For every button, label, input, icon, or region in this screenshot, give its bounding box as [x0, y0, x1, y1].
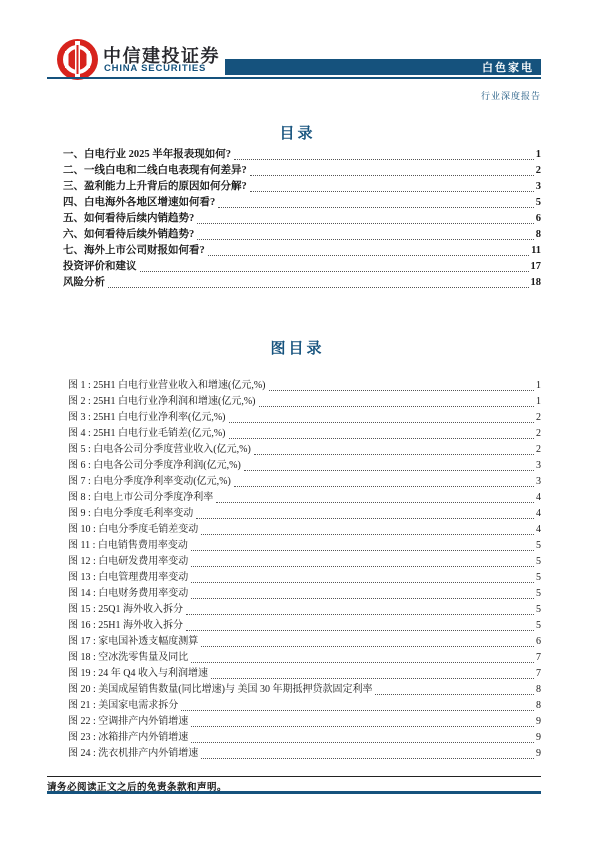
dot-leader: [108, 286, 529, 288]
figure-entry-page: 5: [536, 619, 541, 633]
toc-entry[interactable]: 四、白电海外各地区增速如何看? 5: [63, 194, 541, 210]
figure-entry-label: 图 17 : 家电国补透支幅度测算: [68, 635, 198, 649]
dot-leader: [234, 485, 534, 487]
figure-entry[interactable]: 图 15 : 25Q1 海外收入拆分 5: [68, 601, 541, 617]
figure-entry-label: 图 15 : 25Q1 海外收入拆分: [68, 603, 183, 617]
figure-entry-label: 图 11 : 白电销售费用率变动: [68, 539, 188, 553]
figure-entry[interactable]: 图 16 : 25H1 海外收入拆分 5: [68, 617, 541, 633]
figure-entry-page: 9: [536, 715, 541, 729]
figure-entry-label: 图 24 : 洗衣机排产内外销增速: [68, 747, 198, 761]
dot-leader: [191, 581, 534, 583]
toc-entry-label: 三、盈利能力上升背后的原因如何分解?: [63, 180, 247, 194]
figure-entry-label: 图 1 : 25H1 白电行业营业收入和增速(亿元,%): [68, 379, 266, 393]
figure-entry[interactable]: 图 19 : 24 年 Q4 收入与利润增速 7: [68, 665, 541, 681]
dot-leader: [375, 693, 534, 695]
toc-entry-label: 五、如何看待后续内销趋势?: [63, 212, 194, 226]
toc-entry-label: 四、白电海外各地区增速如何看?: [63, 196, 215, 210]
figure-entry[interactable]: 图 8 : 白电上市公司分季度净利率 4: [68, 489, 541, 505]
figure-entry-label: 图 8 : 白电上市公司分季度净利率: [68, 491, 213, 505]
figure-entry-label: 图 6 : 白电各公司分季度净利润(亿元,%): [68, 459, 241, 473]
toc-entry[interactable]: 六、如何看待后续外销趋势? 8: [63, 226, 541, 242]
dot-leader: [244, 469, 534, 471]
toc-entry[interactable]: 投资评价和建议 17: [63, 258, 541, 274]
figure-entry-page: 1: [536, 379, 541, 393]
figure-entry-page: 5: [536, 603, 541, 617]
figure-entry-page: 3: [536, 475, 541, 489]
brand-logo-icon: [57, 39, 98, 80]
dot-leader: [186, 629, 534, 631]
figure-entry[interactable]: 图 2 : 25H1 白电行业净利润和增速(亿元,%) 1: [68, 393, 541, 409]
figure-entry-page: 5: [536, 587, 541, 601]
figure-entry-page: 2: [536, 443, 541, 457]
figure-list-title: 图目录: [0, 337, 595, 358]
figure-entry[interactable]: 图 23 : 冰箱排产内外销增速 9: [68, 729, 541, 745]
toc-entry[interactable]: 二、一线白电和二线白电表现有何差异? 2: [63, 162, 541, 178]
category-badge: 白色家电: [225, 59, 541, 75]
footer-top-divider: [47, 776, 541, 777]
dot-leader: [201, 645, 534, 647]
header-divider: [47, 77, 541, 79]
toc-entry-page: 8: [536, 228, 541, 242]
figure-entry[interactable]: 图 3 : 25H1 白电行业净利率(亿元,%) 2: [68, 409, 541, 425]
dot-leader: [201, 757, 534, 759]
dot-leader: [250, 190, 534, 192]
figure-entry-label: 图 2 : 25H1 白电行业净利润和增速(亿元,%): [68, 395, 256, 409]
toc-entry[interactable]: 五、如何看待后续内销趋势? 6: [63, 210, 541, 226]
toc-entry-page: 2: [536, 164, 541, 178]
dot-leader: [181, 709, 534, 711]
figure-entry-page: 5: [536, 571, 541, 585]
figure-entry[interactable]: 图 4 : 25H1 白电行业毛销差(亿元,%) 2: [68, 425, 541, 441]
figure-entry-page: 2: [536, 411, 541, 425]
figure-entry-label: 图 12 : 白电研发费用率变动: [68, 555, 188, 569]
figure-entry-label: 图 16 : 25H1 海外收入拆分: [68, 619, 183, 633]
dot-leader: [269, 389, 535, 391]
toc-entry[interactable]: 一、白电行业 2025 半年报表现如何? 1: [63, 146, 541, 162]
figure-entry[interactable]: 图 14 : 白电财务费用率变动 5: [68, 585, 541, 601]
figure-entry-page: 4: [536, 491, 541, 505]
dot-leader: [250, 174, 534, 176]
figure-entry-page: 2: [536, 427, 541, 441]
figure-entry-page: 4: [536, 507, 541, 521]
figure-list: 图 1 : 25H1 白电行业营业收入和增速(亿元,%) 1 图 2 : 25H…: [68, 377, 541, 761]
toc-entry-page: 18: [531, 276, 542, 290]
figure-entry-page: 6: [536, 635, 541, 649]
dot-leader: [211, 677, 534, 679]
figure-entry-page: 1: [536, 395, 541, 409]
toc-entry[interactable]: 风险分析 18: [63, 274, 541, 290]
figure-entry-page: 4: [536, 523, 541, 537]
dot-leader: [191, 661, 534, 663]
toc-entry[interactable]: 七、海外上市公司财报如何看? 11: [63, 242, 541, 258]
figure-entry-label: 图 18 : 空冰洗零售量及同比: [68, 651, 188, 665]
figure-entry-label: 图 23 : 冰箱排产内外销增速: [68, 731, 188, 745]
figure-entry-label: 图 14 : 白电财务费用率变动: [68, 587, 188, 601]
dot-leader: [191, 597, 534, 599]
dot-leader: [218, 206, 534, 208]
dot-leader: [229, 421, 535, 423]
figure-entry-page: 5: [536, 539, 541, 553]
brand-name-en: CHINA SECURITIES: [104, 63, 206, 74]
dot-leader: [208, 254, 529, 256]
dot-leader: [140, 270, 529, 272]
toc-entry-label: 七、海外上市公司财报如何看?: [63, 244, 205, 258]
dot-leader: [229, 437, 535, 439]
figure-entry-page: 8: [536, 683, 541, 697]
toc-title: 目录: [0, 122, 595, 143]
figure-entry[interactable]: 图 1 : 25H1 白电行业营业收入和增速(亿元,%) 1: [68, 377, 541, 393]
figure-entry-label: 图 3 : 25H1 白电行业净利率(亿元,%): [68, 411, 226, 425]
dot-leader: [191, 741, 534, 743]
figure-entry[interactable]: 图 21 : 美国家电需求拆分 8: [68, 697, 541, 713]
dot-leader: [201, 533, 534, 535]
figure-entry-label: 图 22 : 空调排产内外销增速: [68, 715, 188, 729]
figure-entry-label: 图 20 : 美国成屋销售数量(同比增速)与 美国 30 年期抵押贷款固定利率: [68, 683, 372, 697]
toc-entry-label: 六、如何看待后续外销趋势?: [63, 228, 194, 242]
dot-leader: [234, 158, 534, 160]
toc-entry-page: 11: [531, 244, 541, 258]
figure-entry-label: 图 4 : 25H1 白电行业毛销差(亿元,%): [68, 427, 226, 441]
figure-entry-page: 3: [536, 459, 541, 473]
figure-entry-label: 图 19 : 24 年 Q4 收入与利润增速: [68, 667, 208, 681]
figure-entry-page: 9: [536, 747, 541, 761]
figure-entry[interactable]: 图 18 : 空冰洗零售量及同比 7: [68, 649, 541, 665]
toc-entry-label: 风险分析: [63, 276, 105, 290]
category-badge-label: 白色家电: [482, 59, 534, 75]
figure-entry-page: 9: [536, 731, 541, 745]
toc-entry-page: 3: [536, 180, 541, 194]
report-type-label: 行业深度报告: [481, 89, 541, 102]
figure-entry[interactable]: 图 17 : 家电国补透支幅度测算 6: [68, 633, 541, 649]
toc-entry[interactable]: 三、盈利能力上升背后的原因如何分解? 3: [63, 178, 541, 194]
figure-entry[interactable]: 图 6 : 白电各公司分季度净利润(亿元,%) 3: [68, 457, 541, 473]
figure-entry[interactable]: 图 13 : 白电管理费用率变动 5: [68, 569, 541, 585]
figure-entry-label: 图 9 : 白电分季度毛利率变动: [68, 507, 193, 521]
dot-leader: [259, 405, 535, 407]
dot-leader: [191, 549, 534, 551]
figure-entry[interactable]: 图 11 : 白电销售费用率变动 5: [68, 537, 541, 553]
dot-leader: [254, 453, 534, 455]
figure-entry[interactable]: 图 22 : 空调排产内外销增速 9: [68, 713, 541, 729]
dot-leader: [191, 725, 534, 727]
figure-entry[interactable]: 图 7 : 白电分季度净利率变动(亿元,%) 3: [68, 473, 541, 489]
figure-entry-page: 7: [536, 667, 541, 681]
dot-leader: [186, 613, 534, 615]
figure-entry-label: 图 5 : 白电各公司分季度营业收入(亿元,%): [68, 443, 251, 457]
figure-entry[interactable]: 图 20 : 美国成屋销售数量(同比增速)与 美国 30 年期抵押贷款固定利率 …: [68, 681, 541, 697]
toc-entry-page: 17: [531, 260, 542, 274]
figure-entry-label: 图 10 : 白电分季度毛销差变动: [68, 523, 198, 537]
figure-entry-page: 8: [536, 699, 541, 713]
dot-leader: [191, 565, 534, 567]
toc-list: 一、白电行业 2025 半年报表现如何? 1 二、一线白电和二线白电表现有何差异…: [63, 146, 541, 290]
footer-bottom-divider: [47, 791, 541, 794]
dot-leader: [216, 501, 534, 503]
figure-entry-page: 5: [536, 555, 541, 569]
figure-entry-label: 图 7 : 白电分季度净利率变动(亿元,%): [68, 475, 231, 489]
figure-entry[interactable]: 图 12 : 白电研发费用率变动 5: [68, 553, 541, 569]
toc-entry-label: 一、白电行业 2025 半年报表现如何?: [63, 148, 231, 162]
figure-entry-label: 图 13 : 白电管理费用率变动: [68, 571, 188, 585]
toc-entry-label: 二、一线白电和二线白电表现有何差异?: [63, 164, 247, 178]
toc-entry-page: 6: [536, 212, 541, 226]
figure-entry-label: 图 21 : 美国家电需求拆分: [68, 699, 178, 713]
figure-entry[interactable]: 图 24 : 洗衣机排产内外销增速 9: [68, 745, 541, 761]
figure-entry[interactable]: 图 9 : 白电分季度毛利率变动 4: [68, 505, 541, 521]
dot-leader: [196, 517, 534, 519]
dot-leader: [197, 222, 534, 224]
figure-entry[interactable]: 图 5 : 白电各公司分季度营业收入(亿元,%) 2: [68, 441, 541, 457]
report-page: 中信建投证券 CHINA SECURITIES 白色家电 行业深度报告 目录 一…: [0, 0, 595, 842]
toc-entry-page: 5: [536, 196, 541, 210]
figure-entry-page: 7: [536, 651, 541, 665]
figure-entry[interactable]: 图 10 : 白电分季度毛销差变动 4: [68, 521, 541, 537]
toc-entry-page: 1: [536, 148, 541, 162]
toc-entry-label: 投资评价和建议: [63, 260, 137, 274]
dot-leader: [197, 238, 534, 240]
